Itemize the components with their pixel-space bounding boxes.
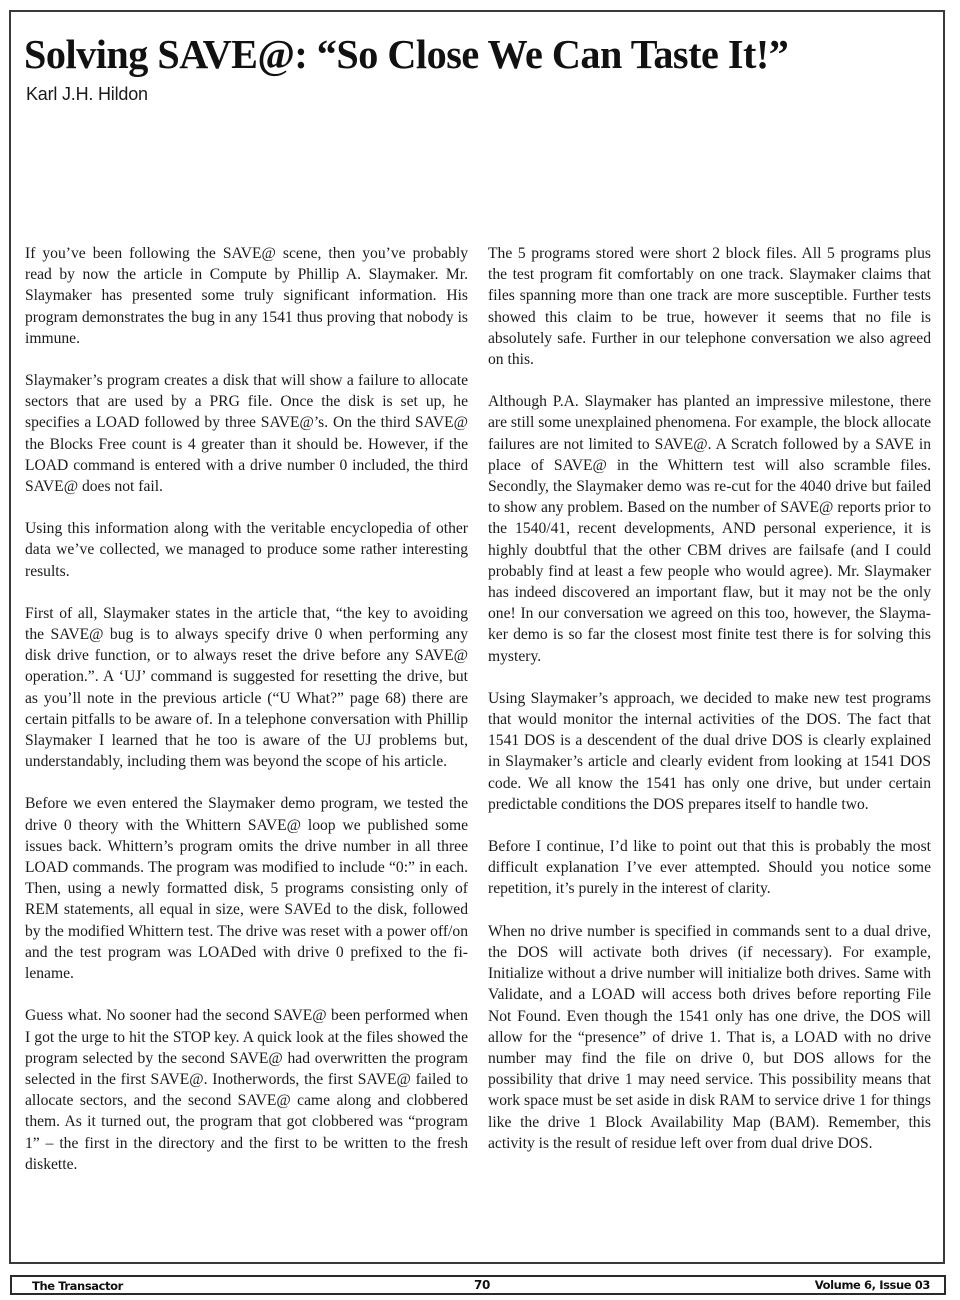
publication-name: The Transactor xyxy=(32,1279,123,1293)
article-author: Karl J.H. Hildon xyxy=(26,84,148,105)
paragraph: Before I continue, I’d like to point out… xyxy=(488,836,931,900)
paragraph: Guess what. No sooner had the second SAV… xyxy=(25,1005,468,1175)
page-number: 70 xyxy=(474,1278,490,1292)
paragraph: When no drive number is specified in com… xyxy=(488,921,931,1154)
paragraph: Slaymaker’s program creates a disk that … xyxy=(25,370,468,497)
paragraph: Using Slaymaker’s approach, we decided t… xyxy=(488,688,931,815)
paragraph: The 5 programs stored were short 2 block… xyxy=(488,243,931,370)
paragraph: Before we even entered the Slaymaker dem… xyxy=(25,793,468,984)
right-column: The 5 programs stored were short 2 block… xyxy=(488,243,931,1175)
left-column: If you’ve been following the SAVE@ scene… xyxy=(25,243,468,1196)
paragraph: Although P.A. Slaymaker has planted an i… xyxy=(488,391,931,667)
paragraph: Using this information along with the ve… xyxy=(25,518,468,582)
issue-label: Volume 6, Issue 03 xyxy=(815,1278,930,1292)
article-title: Solving SAVE@: “So Close We Can Taste It… xyxy=(24,32,788,77)
paragraph: First of all, Slaymaker states in the ar… xyxy=(25,603,468,773)
paragraph: If you’ve been following the SAVE@ scene… xyxy=(25,243,468,349)
page-footer: The Transactor 70 Volume 6, Issue 03 xyxy=(10,1275,946,1295)
